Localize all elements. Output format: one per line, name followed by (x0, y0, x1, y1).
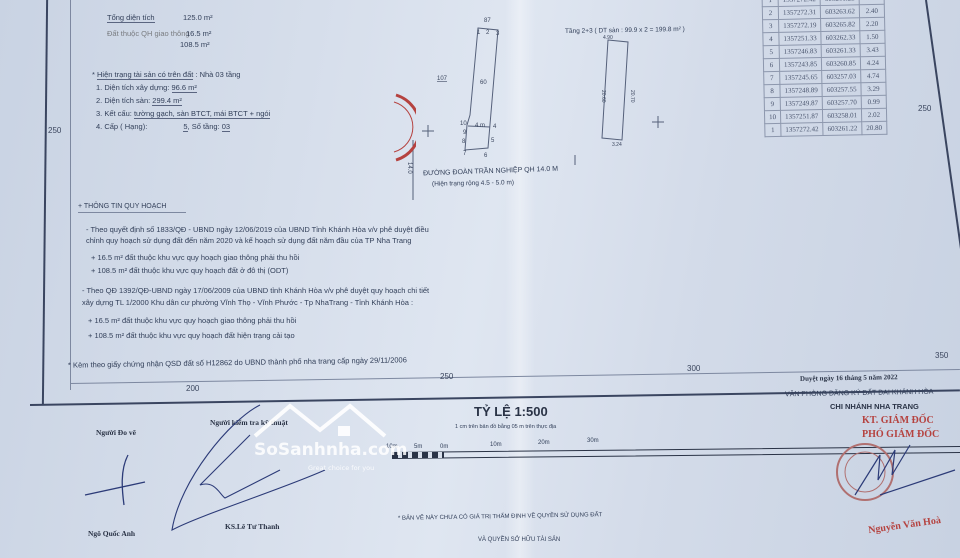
scale-tick-30m: 30m (587, 438, 599, 444)
coordinate-cell-x: 1357245.65 (780, 71, 823, 85)
approval-office: VĂN PHÒNG ĐĂNG KÝ ĐẤT ĐAI KHÁNH HÒA (785, 389, 934, 399)
coordinate-cell-x: 1357248.89 (780, 84, 823, 98)
disclaimer-line2: VÀ QUYỀN SỞ HỮU TÀI SẢN (478, 537, 560, 543)
surveyor-signature (80, 450, 150, 510)
point-4: 4 (493, 124, 497, 130)
coordinate-cell-d: 0.99 (861, 95, 886, 109)
floor-dim-right: 20.70 (629, 90, 635, 103)
coordinate-cell-d: 4.24 (860, 56, 885, 70)
coordinate-cell-pt: 6 (763, 58, 779, 71)
point-7: 7 (463, 151, 467, 157)
scale-tick-5m: 5m (414, 444, 422, 450)
coordinate-cell-x: 1357246.83 (779, 45, 822, 59)
coordinate-cell-pt: 8 (764, 84, 780, 97)
asset-value: 96.6 m² (172, 83, 197, 93)
coordinate-cell-pt: 5 (763, 45, 779, 58)
coordinate-cell-pt: 1 (765, 123, 781, 136)
watermark-brand: SoSanhnha.com (254, 440, 407, 460)
decision2-bullet-1: + 16.5 m² đất thuộc khu vực quy hoạch gi… (88, 316, 296, 325)
frame-left-inner (70, 0, 71, 390)
coordinate-cell-d: 3.43 (860, 43, 885, 57)
coordinate-cell-y: 603257.70 (822, 96, 861, 110)
planning-heading-underline (78, 212, 186, 213)
official-stamp-seal (366, 90, 416, 165)
scale-subtitle: 1 cm trên bản đồ bằng 05 m trên thực địa (455, 424, 556, 430)
approval-kt-director: KT. GIÁM ĐỐC (862, 415, 934, 426)
coordinate-cell-d: 3.29 (861, 82, 886, 96)
point-5: 5 (491, 138, 495, 144)
decision1-line1: - Theo quyết định số 1833/QĐ - UBND ngày… (86, 225, 429, 234)
point-6: 6 (484, 153, 488, 159)
approval-date: Duyệt ngày 16 tháng 5 năm 2022 (800, 373, 898, 383)
scale-title: TỶ LỆ 1:500 (474, 404, 548, 419)
grid-label-250-bottom: 250 (440, 372, 453, 381)
point-1: 1 (477, 30, 481, 36)
coordinate-cell-pt: 10 (764, 110, 780, 123)
coordinate-cell-y: 603263.62 (821, 5, 860, 19)
coordinate-cell-d: 2.20 (860, 17, 885, 31)
coordinate-cell-x: 1357243.85 (779, 58, 822, 72)
frame-left-outer (42, 0, 48, 405)
coordinate-cell-d: 2.02 (861, 108, 886, 122)
coordinate-cell-x: 1357272.19 (779, 19, 822, 33)
asset-item-4: 4. Cấp ( Hạng): 5, Số tầng: 03 (96, 122, 230, 131)
sheet-number: 87 (484, 18, 491, 24)
coordinate-cell-x: 1357249.87 (780, 97, 823, 111)
point-2: 2 (486, 30, 490, 36)
coordinate-cell-y: 603258.01 (823, 109, 862, 123)
total-area-value: 125.0 m² (183, 13, 213, 22)
asset-label: 3. Kết cấu: (96, 109, 132, 118)
planning-heading: + THÔNG TIN QUY HOẠCH (78, 203, 167, 210)
decision2-line1: - Theo QĐ 1392/QĐ-UBND ngày 17/06/2009 c… (82, 286, 429, 295)
frame-right (925, 0, 960, 267)
grid-label-300: 300 (687, 364, 700, 373)
remaining-area-value: 108.5 m² (180, 40, 210, 49)
coordinate-cell-x: 1357251.87 (780, 110, 823, 124)
decision1-bullet-1: + 16.5 m² đất thuộc khu vực quy hoạch gi… (91, 253, 299, 262)
assets-summary: : Nhà 03 tầng (195, 70, 240, 79)
coordinate-cell-d: 4.74 (861, 69, 886, 83)
approval-branch: CHI NHÁNH NHA TRANG (830, 402, 919, 411)
surveyor-label: Người Đo vẽ (96, 428, 136, 437)
asset-label: 1. Diện tích xây dựng: (96, 83, 169, 92)
floors-value: 03 (222, 122, 230, 132)
decision2-line2: xây dựng TL 1/2000 Khu dân cư phường Vĩn… (82, 298, 413, 307)
coordinate-cell-x: 1357251.33 (779, 32, 822, 46)
coordinate-cell-d: 20.80 (862, 121, 887, 135)
floors-label: Số tầng: (192, 122, 220, 131)
coordinate-cell-pt: 7 (764, 71, 780, 84)
scale-tick-0m: 0m (440, 444, 448, 450)
parcel-width-label: 4 m (475, 123, 485, 129)
floor-dim-left: 20.60 (600, 90, 606, 103)
asset-value: 5 (183, 122, 187, 132)
coordinate-cell-y: 603265.82 (821, 18, 860, 32)
parcel-area-label: 60 (480, 80, 487, 86)
point-10: 10 (460, 121, 467, 127)
coordinate-cell-pt: 9 (764, 97, 780, 110)
asset-item-1: 1. Diện tích xây dựng: 96.6 m² (96, 83, 197, 92)
grid-label-250-left: 250 (48, 126, 61, 135)
asset-value: 299.4 m² (152, 96, 182, 106)
assets-heading: * Hiện trạng tài sản có trên đất : Nhà 0… (92, 70, 240, 79)
coordinate-cell-pt: 2 (762, 6, 778, 19)
asset-value: tường gạch, sàn BTCT, mái BTCT + ngói (134, 109, 270, 119)
decision1-bullet-2: + 108.5 m² đất thuộc khu vực quy hoạch đ… (91, 266, 288, 275)
grid-label-200: 200 (186, 384, 199, 393)
certificate-note: * Kèm theo giấy chứng nhận QSD đất số H1… (68, 355, 407, 369)
coordinate-cell-pt: 4 (763, 32, 779, 45)
coordinate-cell-y: 603257.03 (822, 70, 861, 84)
coordinate-cell-d: 1.50 (860, 30, 885, 44)
coordinate-cell-y: 603261.33 (821, 44, 860, 58)
asset-item-3: 3. Kết cấu: tường gạch, sàn BTCT, mái BT… (96, 109, 270, 118)
disclaimer-line1: * BẢN VẼ NÀY CHƯA CÓ GIÁ TRỊ THẨM ĐỊNH V… (398, 512, 602, 522)
parcel-id-label: 107 (437, 76, 448, 82)
coordinate-cell-x: 1357272.31 (778, 6, 821, 20)
scale-tick-20m: 20m (538, 440, 550, 446)
road-area-label: Đất thuộc QH giao thông (107, 29, 190, 38)
coordinate-cell-y: 603257.55 (822, 83, 861, 97)
floor-dim-top: 4.90 (603, 35, 613, 41)
coordinate-cell-pt: 3 (763, 19, 779, 32)
floor-dim-bottom: 3.24 (612, 142, 622, 148)
scale-tick-10m: 10m (490, 442, 502, 448)
surveyor-name: Ngô Quốc Anh (88, 529, 135, 538)
approval-signer-name: Nguyễn Văn Hoà (868, 515, 942, 536)
asset-label: 4. Cấp ( Hạng): (96, 122, 147, 131)
coordinates-table: 11357272.42603261.2221357272.31603263.62… (762, 0, 888, 137)
decision2-bullet-2: + 108.5 m² đất thuộc khu vực quy hoạch đ… (88, 331, 295, 340)
checker-name: KS.Lê Tư Thanh (225, 522, 279, 531)
grid-label-350: 350 (935, 351, 948, 360)
approver-signature (850, 440, 960, 500)
coordinate-cell-y: 603261.22 (823, 122, 862, 136)
asset-label: 2. Diện tích sàn: (96, 96, 150, 105)
road-area-value: 16.5 m² (186, 29, 211, 38)
watermark-tagline: Great choice for you (308, 464, 374, 472)
grid-label-250-right: 250 (918, 104, 931, 113)
point-3: 3 (496, 31, 500, 37)
coordinate-row: 11357272.42603261.2220.80 (765, 121, 887, 137)
coordinate-cell-x: 1357272.42 (781, 123, 824, 137)
coordinate-cell-d: 2.40 (859, 4, 884, 18)
asset-item-2: 2. Diện tích sàn: 299.4 m² (96, 96, 182, 105)
road-current-width: (Hiện trạng rộng 4.5 - 5.0 m) (432, 179, 514, 187)
assets-heading-text: Hiện trạng tài sản có trên đất (97, 70, 193, 80)
coordinate-cell-y: 603262.33 (821, 31, 860, 45)
total-area-label: Tổng diện tích (107, 13, 155, 23)
decision1-line2: chỉnh quy hoạch sử dụng đất đến năm 2020… (86, 236, 411, 245)
coordinate-cell-y: 603260.85 (822, 57, 861, 71)
watermark-house-icon (250, 398, 390, 438)
